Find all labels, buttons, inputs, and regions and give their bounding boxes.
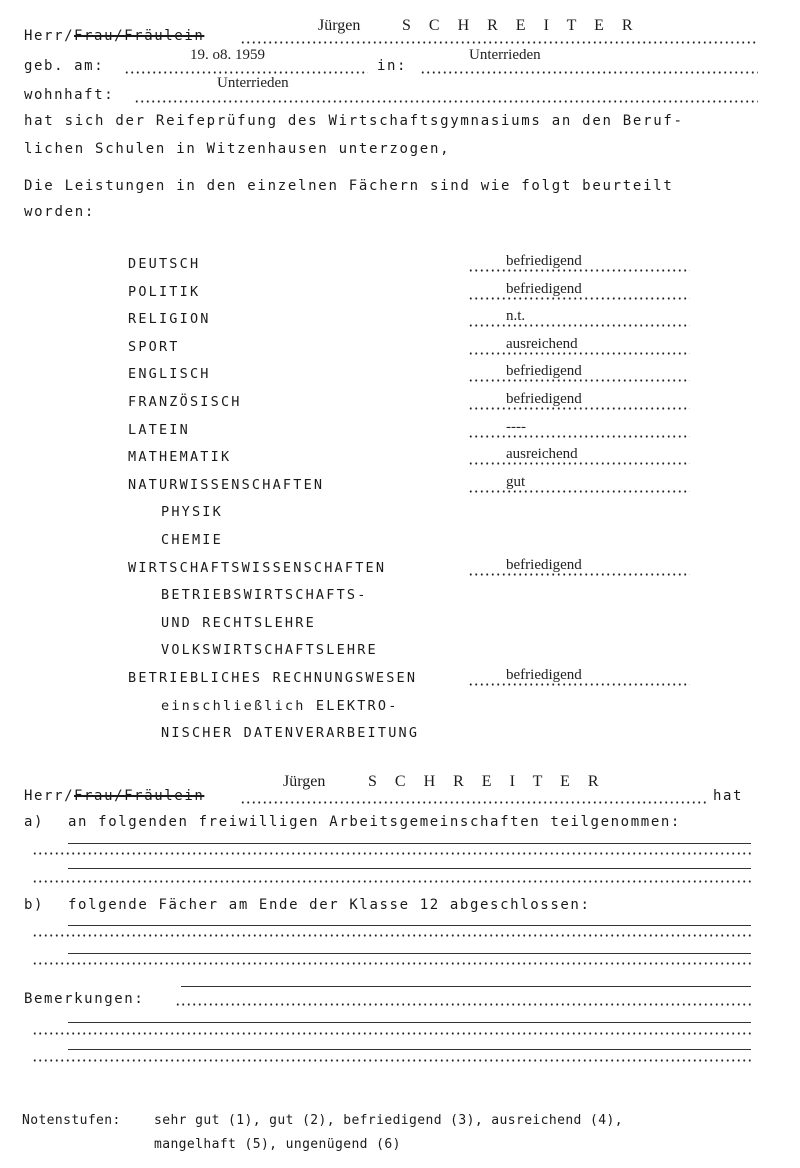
- subject-grade[interactable]: befriedigend: [506, 363, 582, 380]
- item-b-rule-1: [68, 925, 751, 926]
- item-b-rule-2: [68, 953, 751, 954]
- grade-dotted-line: [468, 324, 690, 327]
- subject-name: NISCHER DATENVERARBEITUNG: [161, 725, 419, 741]
- subject-name: WIRTSCHAFTSWISSENSCHAFTEN: [128, 560, 386, 576]
- item-a-text: an folgenden freiwilligen Arbeitsgemeins…: [68, 814, 681, 830]
- subject-grade[interactable]: gut: [506, 474, 525, 491]
- remarks-dotted-line-1[interactable]: [175, 1003, 752, 1006]
- item-a-dotted-line-1[interactable]: [32, 852, 752, 855]
- intro-line-3: Die Leistungen in den einzelnen Fächern …: [24, 178, 674, 194]
- surname[interactable]: S C H R E I T E R: [402, 17, 640, 35]
- salutation-prefix: Herr/: [24, 28, 74, 44]
- intro-line-4: worden:: [24, 204, 95, 220]
- subject-grade[interactable]: ausreichend: [506, 446, 578, 463]
- subject-name: SPORT: [128, 339, 180, 355]
- first-name-2[interactable]: Jürgen: [283, 773, 325, 791]
- birth-date-dotted-line: [124, 71, 368, 74]
- name-dotted-line-2: [240, 801, 706, 804]
- residence-dotted-line: [134, 100, 758, 103]
- item-b-label: b): [24, 897, 44, 913]
- subject-grade[interactable]: befriedigend: [506, 281, 582, 298]
- remarks-rule-0: [181, 986, 751, 987]
- subject-name: FRANZÖSISCH: [128, 394, 242, 410]
- remarks-dotted-line-2[interactable]: [32, 1032, 752, 1035]
- birthplace-dotted-line: [420, 71, 758, 74]
- subject-grade[interactable]: n.t.: [506, 308, 525, 325]
- item-a-rule-1: [68, 843, 751, 844]
- salutation-struck: Frau/Fräulein: [74, 28, 204, 44]
- subject-grade[interactable]: befriedigend: [506, 253, 582, 270]
- salutation-struck-2: Frau/Fräulein: [74, 788, 204, 804]
- hat-label: hat: [713, 788, 743, 804]
- salutation-prefix-2: Herr/: [24, 788, 74, 804]
- subject-name: einschließlich ELEKTRO-: [161, 698, 399, 714]
- remarks-label: Bemerkungen:: [24, 991, 144, 1007]
- intro-line-1: hat sich der Reifeprüfung des Wirtschaft…: [24, 113, 684, 129]
- birth-date[interactable]: 19. o8. 1959: [190, 47, 265, 64]
- subject-grade[interactable]: ----: [506, 419, 526, 436]
- item-a-rule-2: [68, 868, 751, 869]
- grade-dotted-line: [468, 490, 690, 493]
- name-dotted-line: [240, 41, 758, 44]
- grade-dotted-line: [468, 462, 690, 465]
- subject-name: RELIGION: [128, 311, 211, 327]
- subject-name: BETRIEBSWIRTSCHAFTS-: [161, 587, 368, 603]
- subject-name: NATURWISSENSCHAFTEN: [128, 477, 324, 493]
- subject-grade[interactable]: befriedigend: [506, 391, 582, 408]
- item-b-dotted-line-1[interactable]: [32, 934, 752, 937]
- subject-name: LATEIN: [128, 422, 190, 438]
- residence-label: wohnhaft:: [24, 87, 114, 103]
- subject-name: MATHEMATIK: [128, 449, 231, 465]
- grade-dotted-line: [468, 435, 690, 438]
- first-name[interactable]: Jürgen: [318, 17, 360, 35]
- subject-grade[interactable]: ausreichend: [506, 336, 578, 353]
- grade-dotted-line: [468, 352, 690, 355]
- item-b-dotted-line-2[interactable]: [32, 962, 752, 965]
- subject-name: DEUTSCH: [128, 256, 200, 272]
- residence[interactable]: Unterrieden: [217, 75, 289, 92]
- subject-name: VOLKSWIRTSCHAFTSLEHRE: [161, 642, 378, 658]
- subject-grade[interactable]: befriedigend: [506, 667, 582, 684]
- birth-label: geb. am:: [24, 58, 104, 74]
- remarks-dotted-line-3[interactable]: [32, 1059, 752, 1062]
- subject-name: CHEMIE: [161, 532, 223, 548]
- grade-scale-label: Notenstufen:: [22, 1113, 121, 1128]
- birthplace[interactable]: Unterrieden: [469, 47, 541, 64]
- subject-name: BETRIEBLICHES RECHNUNGSWESEN: [128, 670, 417, 686]
- item-b-text: folgende Fächer am Ende der Klasse 12 ab…: [68, 897, 591, 913]
- birthplace-label: in:: [377, 58, 407, 74]
- grade-scale-line-2: mangelhaft (5), ungenügend (6): [154, 1137, 401, 1152]
- remarks-rule-2: [68, 1049, 751, 1050]
- intro-line-2: lichen Schulen in Witzenhausen unterzoge…: [24, 141, 450, 157]
- subject-grade[interactable]: befriedigend: [506, 557, 582, 574]
- remarks-rule-1: [68, 1022, 751, 1023]
- subject-name: POLITIK: [128, 284, 200, 300]
- item-a-label: a): [24, 814, 44, 830]
- item-a-dotted-line-2[interactable]: [32, 880, 752, 883]
- surname-2[interactable]: S C H R E I T E R: [368, 773, 606, 791]
- subject-name: UND RECHTSLEHRE: [161, 615, 316, 631]
- grade-scale-line-1: sehr gut (1), gut (2), befriedigend (3),…: [154, 1113, 623, 1128]
- subject-name: ENGLISCH: [128, 366, 211, 382]
- subject-name: PHYSIK: [161, 504, 223, 520]
